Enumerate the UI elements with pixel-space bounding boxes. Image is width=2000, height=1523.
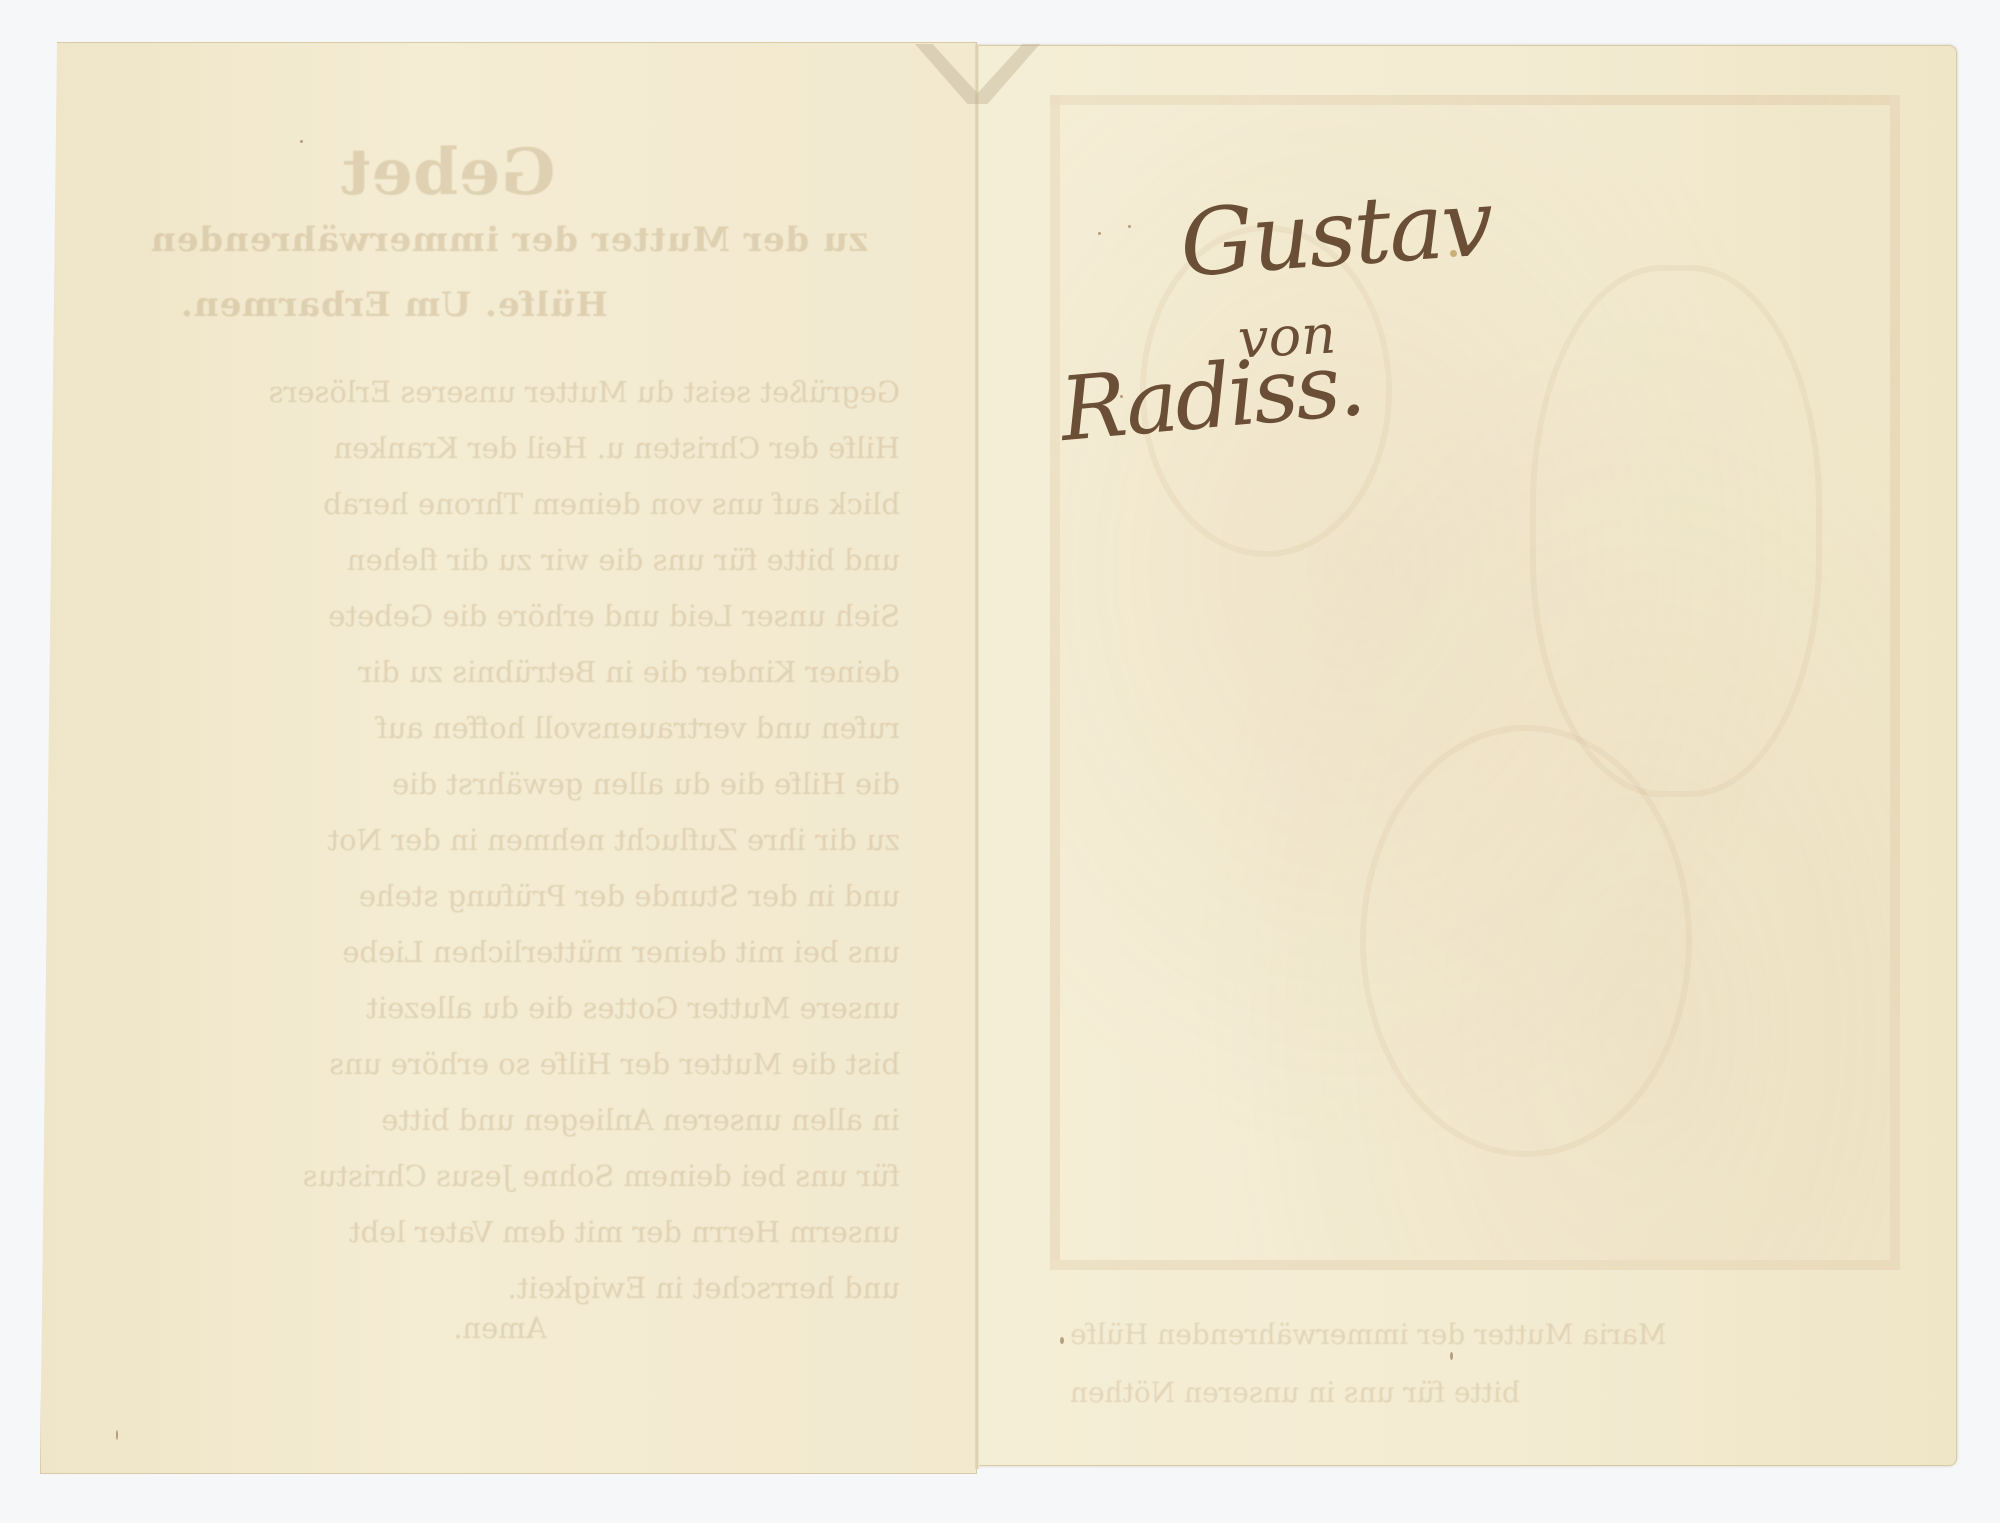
bleed-through-line: rufen und vertrauensvoll hoffen auf <box>100 711 900 745</box>
center-fold <box>975 44 979 1469</box>
bleed-through-caption-1: Maria Mutter der immerwährenden Hülfe <box>1070 1318 1667 1351</box>
bleed-through-line: Gegrüßet seist du Mutter unseres Erlöser… <box>100 375 900 409</box>
bleed-through-line: in allen unseren Anliegen und bitte <box>100 1103 900 1137</box>
bleed-through-shape <box>1530 265 1822 797</box>
bleed-through-title: Gebet <box>340 135 555 210</box>
bleed-through-line: und herrschet in Ewigkeit. <box>100 1271 900 1305</box>
bleed-through-line: unsere Mutter Gottes die du allezeit <box>100 991 900 1025</box>
bleed-through-line: Hilfe der Christen u. Heil der Kranken <box>100 431 900 465</box>
bleed-through-line: Sieh unser Leid und erhöre die Gebete <box>100 599 900 633</box>
bleed-through-line: die Hilfe die du allen gewährst die <box>100 767 900 801</box>
bleed-through-caption-2: bitte für uns in unseren Nöthen <box>1070 1376 1520 1409</box>
bleed-through-line: blick auf uns von deinem Throne herab <box>100 487 900 521</box>
bleed-through-subtitle-1: zu der Mutter der immerwährenden <box>150 220 868 260</box>
handwritten-first-name: Gustav <box>1177 169 1495 297</box>
bleed-through-line: Amen. <box>240 1311 760 1345</box>
bleed-through-line: unserm Herrn der mit dem Vater lebt <box>100 1215 900 1249</box>
bleed-through-line: und bitte für uns die wir zu dir flehen <box>100 543 900 577</box>
bleed-through-line: für uns bei deinem Sohne Jesus Christus <box>100 1159 900 1193</box>
bleed-through-line: zu dir ihre Zuflucht nehmen in der Not <box>100 823 900 857</box>
bleed-through-line: uns bei mit deiner mütterlichen Liebe <box>100 935 900 969</box>
scanned-document: Gebet zu der Mutter der immerwährenden H… <box>0 0 2000 1523</box>
bleed-through-line: und in der Stunde der Prüfung stehe <box>100 879 900 913</box>
bleed-through-line: bist die Mutter der Hilfe so erhöre uns <box>100 1047 900 1081</box>
bleed-through-subtitle-2: Hülfe. Um Erbarmen. <box>180 285 608 325</box>
bleed-through-line: deiner Kinder die in Betrübnis zu dir <box>100 655 900 689</box>
